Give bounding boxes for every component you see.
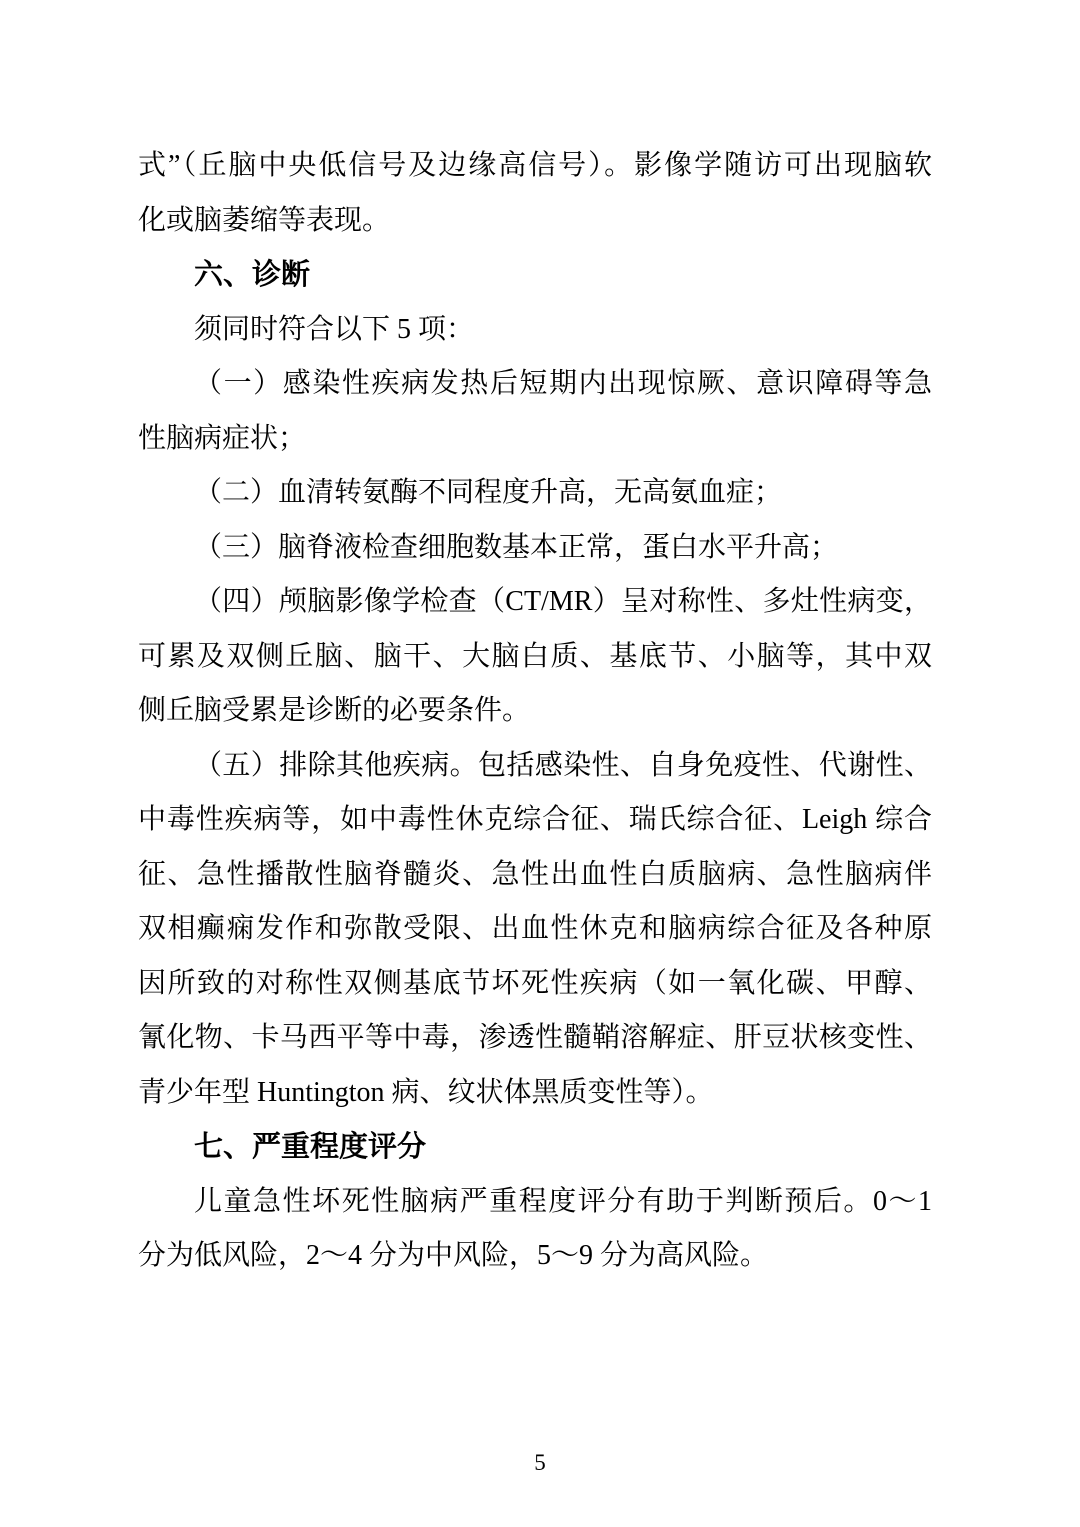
text-line: 式”（丘脑中央低信号及边缘高信号）。影像学随访可出现脑软 (138, 139, 932, 194)
text-line: （二）血清转氨酶不同程度升高，无高氨血症； (138, 466, 932, 521)
text-line: 化或脑萎缩等表现。 (138, 194, 932, 249)
section-heading: 六、诊断 (138, 248, 932, 303)
text-line: 可累及双侧丘脑、脑干、大脑白质、基底节、小脑等，其中双 (138, 630, 932, 685)
text-line: （一）感染性疾病发热后短期内出现惊厥、意识障碍等急 (138, 357, 932, 412)
text-line: 因所致的对称性双侧基底节坏死性疾病（如一氧化碳、甲醇、 (138, 957, 932, 1012)
text-line: 氰化物、卡马西平等中毒，渗透性髓鞘溶解症、肝豆状核变性、 (138, 1011, 932, 1066)
text-line: 儿童急性坏死性脑病严重程度评分有助于判断预后。0～1 (138, 1175, 932, 1230)
text-line: 侧丘脑受累是诊断的必要条件。 (138, 684, 932, 739)
text-line: 须同时符合以下 5 项： (138, 303, 932, 358)
text-line: 青少年型 Huntington 病、纹状体黑质变性等）。 (138, 1066, 932, 1121)
text-line: 分为低风险，2～4 分为中风险，5～9 分为高风险。 (138, 1229, 932, 1284)
page-number: 5 (0, 1448, 1080, 1478)
document-body: 式”（丘脑中央低信号及边缘高信号）。影像学随访可出现脑软化或脑萎缩等表现。六、诊… (138, 139, 932, 1284)
document-page: 式”（丘脑中央低信号及边缘高信号）。影像学随访可出现脑软化或脑萎缩等表现。六、诊… (0, 0, 1080, 1527)
section-heading: 七、严重程度评分 (138, 1120, 932, 1175)
text-line: 征、急性播散性脑脊髓炎、急性出血性白质脑病、急性脑病伴 (138, 848, 932, 903)
text-line: 性脑病症状； (138, 412, 932, 467)
text-line: （五）排除其他疾病。包括感染性、自身免疫性、代谢性、 (138, 739, 932, 794)
text-line: （三）脑脊液检查细胞数基本正常，蛋白水平升高； (138, 521, 932, 576)
text-line: （四）颅脑影像学检查（CT/MR）呈对称性、多灶性病变， (138, 575, 932, 630)
text-line: 中毒性疾病等，如中毒性休克综合征、瑞氏综合征、Leigh 综合 (138, 793, 932, 848)
text-line: 双相癫痫发作和弥散受限、出血性休克和脑病综合征及各种原 (138, 902, 932, 957)
